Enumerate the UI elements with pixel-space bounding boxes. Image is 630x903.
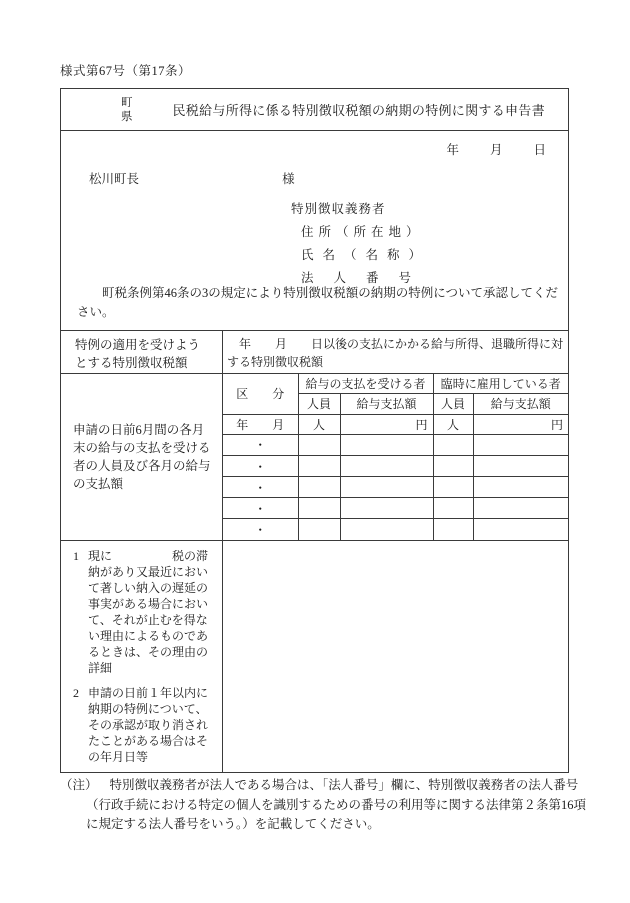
reason-item-1: 1 現に 税の滞納があり又最近において著しい納入の遅延の事実がある場合において、…	[73, 548, 218, 676]
entry-cell	[473, 519, 568, 540]
style-number: 様式第67号（第17条）	[60, 61, 191, 79]
month-dot-cell: ・	[223, 477, 298, 498]
personnel-header-cell: 人員	[433, 393, 473, 414]
addressee-line: 松川町長 様	[89, 169, 295, 187]
reasons-row: 1 現に 税の滞納があり又最近において著しい納入の遅延の事実がある場合において、…	[61, 541, 568, 772]
entry-cell	[340, 434, 433, 455]
reason-1-number: 1	[73, 548, 88, 676]
entry-cell	[340, 455, 433, 476]
reason-1-text: 現に 税の滞納があり又最近において著しい納入の遅延の事実がある場合において、それ…	[88, 548, 209, 676]
taxpayer-name-label: 氏名（名称）	[301, 245, 430, 263]
salary-amount-header-cell: 給与支払額	[340, 393, 433, 414]
person-unit-cell: 人	[433, 414, 473, 434]
reason-item-2: 2 申請の日前１年以内に納期の特例について、その承認が取り消されたことがある場合…	[73, 685, 218, 765]
entry-cell	[433, 455, 473, 476]
entry-cell	[298, 434, 340, 455]
salary-recipients-header-cell: 給与の支払を受ける者	[298, 374, 433, 393]
unit-row: 年 月 人 円 人 円	[223, 414, 568, 434]
month-entry-row: ・	[223, 477, 568, 498]
entry-cell	[340, 519, 433, 540]
special-provision-label: 特例の適用を受けようとする特別徴収税額	[61, 331, 223, 373]
footnote-text: 特別徴収義務者が法人である場合は、「法人番号」欄に、特別徴収義務者の法人番号（行…	[86, 778, 586, 831]
yen-unit-cell: 円	[473, 414, 568, 434]
form-title: 民税給与所得に係る特別徴収税額の納期の特例に関する申告書	[173, 100, 545, 119]
prefix-town: 町	[121, 96, 133, 110]
entry-cell	[298, 455, 340, 476]
tax-form-page: 様式第67号（第17条） 町 県 民税給与所得に係る特別徴収税額の納期の特例に関…	[0, 0, 630, 903]
kubun-header-cell: 区 分	[223, 374, 298, 414]
month-entry-row: ・	[223, 498, 568, 519]
entry-cell	[473, 455, 568, 476]
taxpayer-address-label: 住所（所在地）	[301, 222, 424, 240]
addressee-honorific: 様	[282, 172, 295, 186]
form-header-area: 年 月 日 松川町長 様 特別徴収義務者 住所（所在地） 氏名（名称） 法人番号…	[61, 131, 568, 331]
month-dot-cell: ・	[223, 455, 298, 476]
salary-amount-header-cell: 給与支払額	[473, 393, 568, 414]
monthly-salary-row: 申請の日前6月間の各月末の給与の支払を受ける者の人員及び各月の給与の支払額 区 …	[61, 374, 568, 541]
footnote-label: （注）	[60, 778, 98, 792]
reasons-label-cell: 1 現に 税の滞納があり又最近において著しい納入の遅延の事実がある場合において、…	[61, 541, 223, 772]
temp-employees-header-cell: 臨時に雇用している者	[433, 374, 568, 393]
entry-cell	[473, 498, 568, 519]
entry-cell	[433, 498, 473, 519]
reason-2-text: 申請の日前１年以内に納期の特例について、その承認が取り消されたことがある場合はそ…	[88, 685, 209, 765]
month-entry-row: ・	[223, 519, 568, 540]
form-table: 町 県 民税給与所得に係る特別徴収税額の納期の特例に関する申告書 年 月 日 松…	[60, 88, 569, 773]
personnel-header-cell: 人員	[298, 393, 340, 414]
entry-cell	[433, 477, 473, 498]
month-entry-row: ・	[223, 434, 568, 455]
entry-cell	[473, 434, 568, 455]
entry-cell	[340, 498, 433, 519]
reasons-entry-cell	[223, 541, 568, 772]
entry-cell	[340, 477, 433, 498]
month-dot-cell: ・	[223, 434, 298, 455]
month-dot-cell: ・	[223, 498, 298, 519]
entry-cell	[473, 477, 568, 498]
monthly-summary-label: 申請の日前6月間の各月末の給与の支払を受ける者の人員及び各月の給与の支払額	[61, 374, 223, 540]
monthly-summary-text: 申請の日前6月間の各月末の給与の支払を受ける者の人員及び各月の給与の支払額	[73, 421, 216, 493]
entry-cell	[298, 498, 340, 519]
entry-cell	[298, 477, 340, 498]
salary-table-area: 区 分 給与の支払を受ける者 臨時に雇用している者 人員 給与支払額 人員 給与…	[223, 374, 568, 540]
footnote: （注）特別徴収義務者が法人である場合は、「法人番号」欄に、特別徴収義務者の法人番…	[60, 776, 598, 835]
entry-cell	[298, 519, 340, 540]
month-entry-row: ・	[223, 455, 568, 476]
entry-cell	[433, 519, 473, 540]
person-unit-cell: 人	[298, 414, 340, 434]
entry-cell	[433, 434, 473, 455]
special-provision-value: 年 月 日以後の支払にかかる給与所得、退職所得に対する特別徴収税額	[223, 331, 568, 373]
table-header-row-1: 区 分 給与の支払を受ける者 臨時に雇用している者	[223, 374, 568, 393]
reason-2-number: 2	[73, 685, 88, 765]
request-text: 町税条例第46条の3の規定により特別徴収税額の納期の特例について承認してください…	[77, 284, 569, 322]
addressee-name: 松川町長	[89, 172, 139, 186]
salary-table: 区 分 給与の支払を受ける者 臨時に雇用している者 人員 給与支払額 人員 給与…	[223, 374, 568, 540]
taxpayer-heading: 特別徴収義務者	[291, 199, 386, 217]
year-month-cell: 年 月	[223, 414, 298, 434]
form-title-row: 町 県 民税給与所得に係る特別徴収税額の納期の特例に関する申告書	[61, 89, 568, 131]
town-pref-prefix: 町 県	[121, 96, 133, 124]
special-provision-row: 特例の適用を受けようとする特別徴収税額 年 月 日以後の支払にかかる給与所得、退…	[61, 331, 568, 374]
month-dot-cell: ・	[223, 519, 298, 540]
yen-unit-cell: 円	[340, 414, 433, 434]
date-line: 年 月 日	[446, 140, 548, 158]
prefix-pref: 県	[121, 110, 133, 124]
